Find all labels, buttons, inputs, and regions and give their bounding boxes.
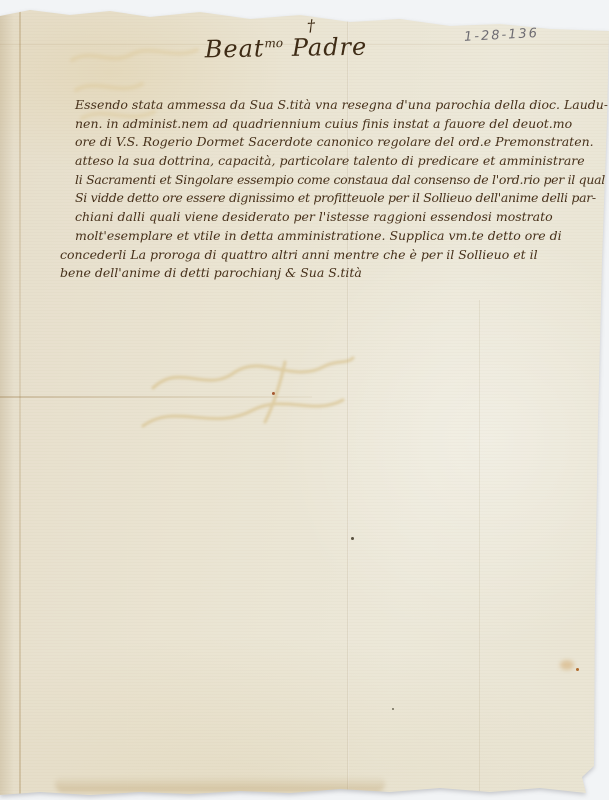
salutation-word: Padre	[283, 33, 368, 62]
paper-wrapper: † Beatmo Padre 1-28-136 Essendo stata am…	[0, 0, 609, 800]
ink-speck	[576, 668, 579, 671]
manuscript-line: Si vidde detto ore essere dignissimo et …	[75, 189, 560, 208]
manuscript-line: bene dell'anime di detti parochianj & Su…	[60, 264, 560, 283]
corner-stain	[560, 660, 574, 670]
archive-catalog-number: 1-28-136	[464, 24, 575, 45]
horizontal-fold-crease	[0, 396, 312, 398]
manuscript-line: concederli La proroga di quattro altri a…	[60, 246, 560, 265]
salutation: Beatmo Padre	[196, 32, 376, 63]
ink-speck	[272, 392, 275, 395]
manuscript-line: ore di V.S. Rogerio Dormet Sacerdote can…	[75, 133, 560, 152]
left-fold-crease	[19, 0, 21, 800]
salutation-superscript: mo	[264, 36, 283, 50]
paper-sheet: † Beatmo Padre 1-28-136 Essendo stata am…	[0, 0, 609, 800]
manuscript-line: li Sacramenti et Singolare essempio come…	[75, 171, 560, 190]
manuscript-line: atteso la sua dottrina, capacità, partic…	[75, 152, 560, 171]
manuscript-line: nen. in administ.nem ad quadriennium cui…	[75, 115, 560, 134]
manuscript-line: molt'esemplare et vtile in detta amminis…	[75, 227, 560, 246]
ink-speck	[392, 708, 394, 710]
ink-speck	[351, 537, 354, 540]
manuscript-line: chiani dalli quali viene desiderato per …	[75, 208, 560, 227]
right-fold-crease	[479, 300, 480, 800]
left-edge-shadow	[0, 0, 14, 800]
scanned-manuscript-letter: † Beatmo Padre 1-28-136 Essendo stata am…	[0, 0, 609, 800]
manuscript-line: Essendo stata ammessa da Sua S.tità vna …	[75, 96, 560, 115]
bottom-edge-stain	[55, 776, 385, 792]
manuscript-body: Essendo stata ammessa da Sua S.tità vna …	[60, 96, 560, 283]
ink-bleedthrough-center	[135, 350, 365, 454]
salutation-word: Beat	[205, 34, 265, 63]
